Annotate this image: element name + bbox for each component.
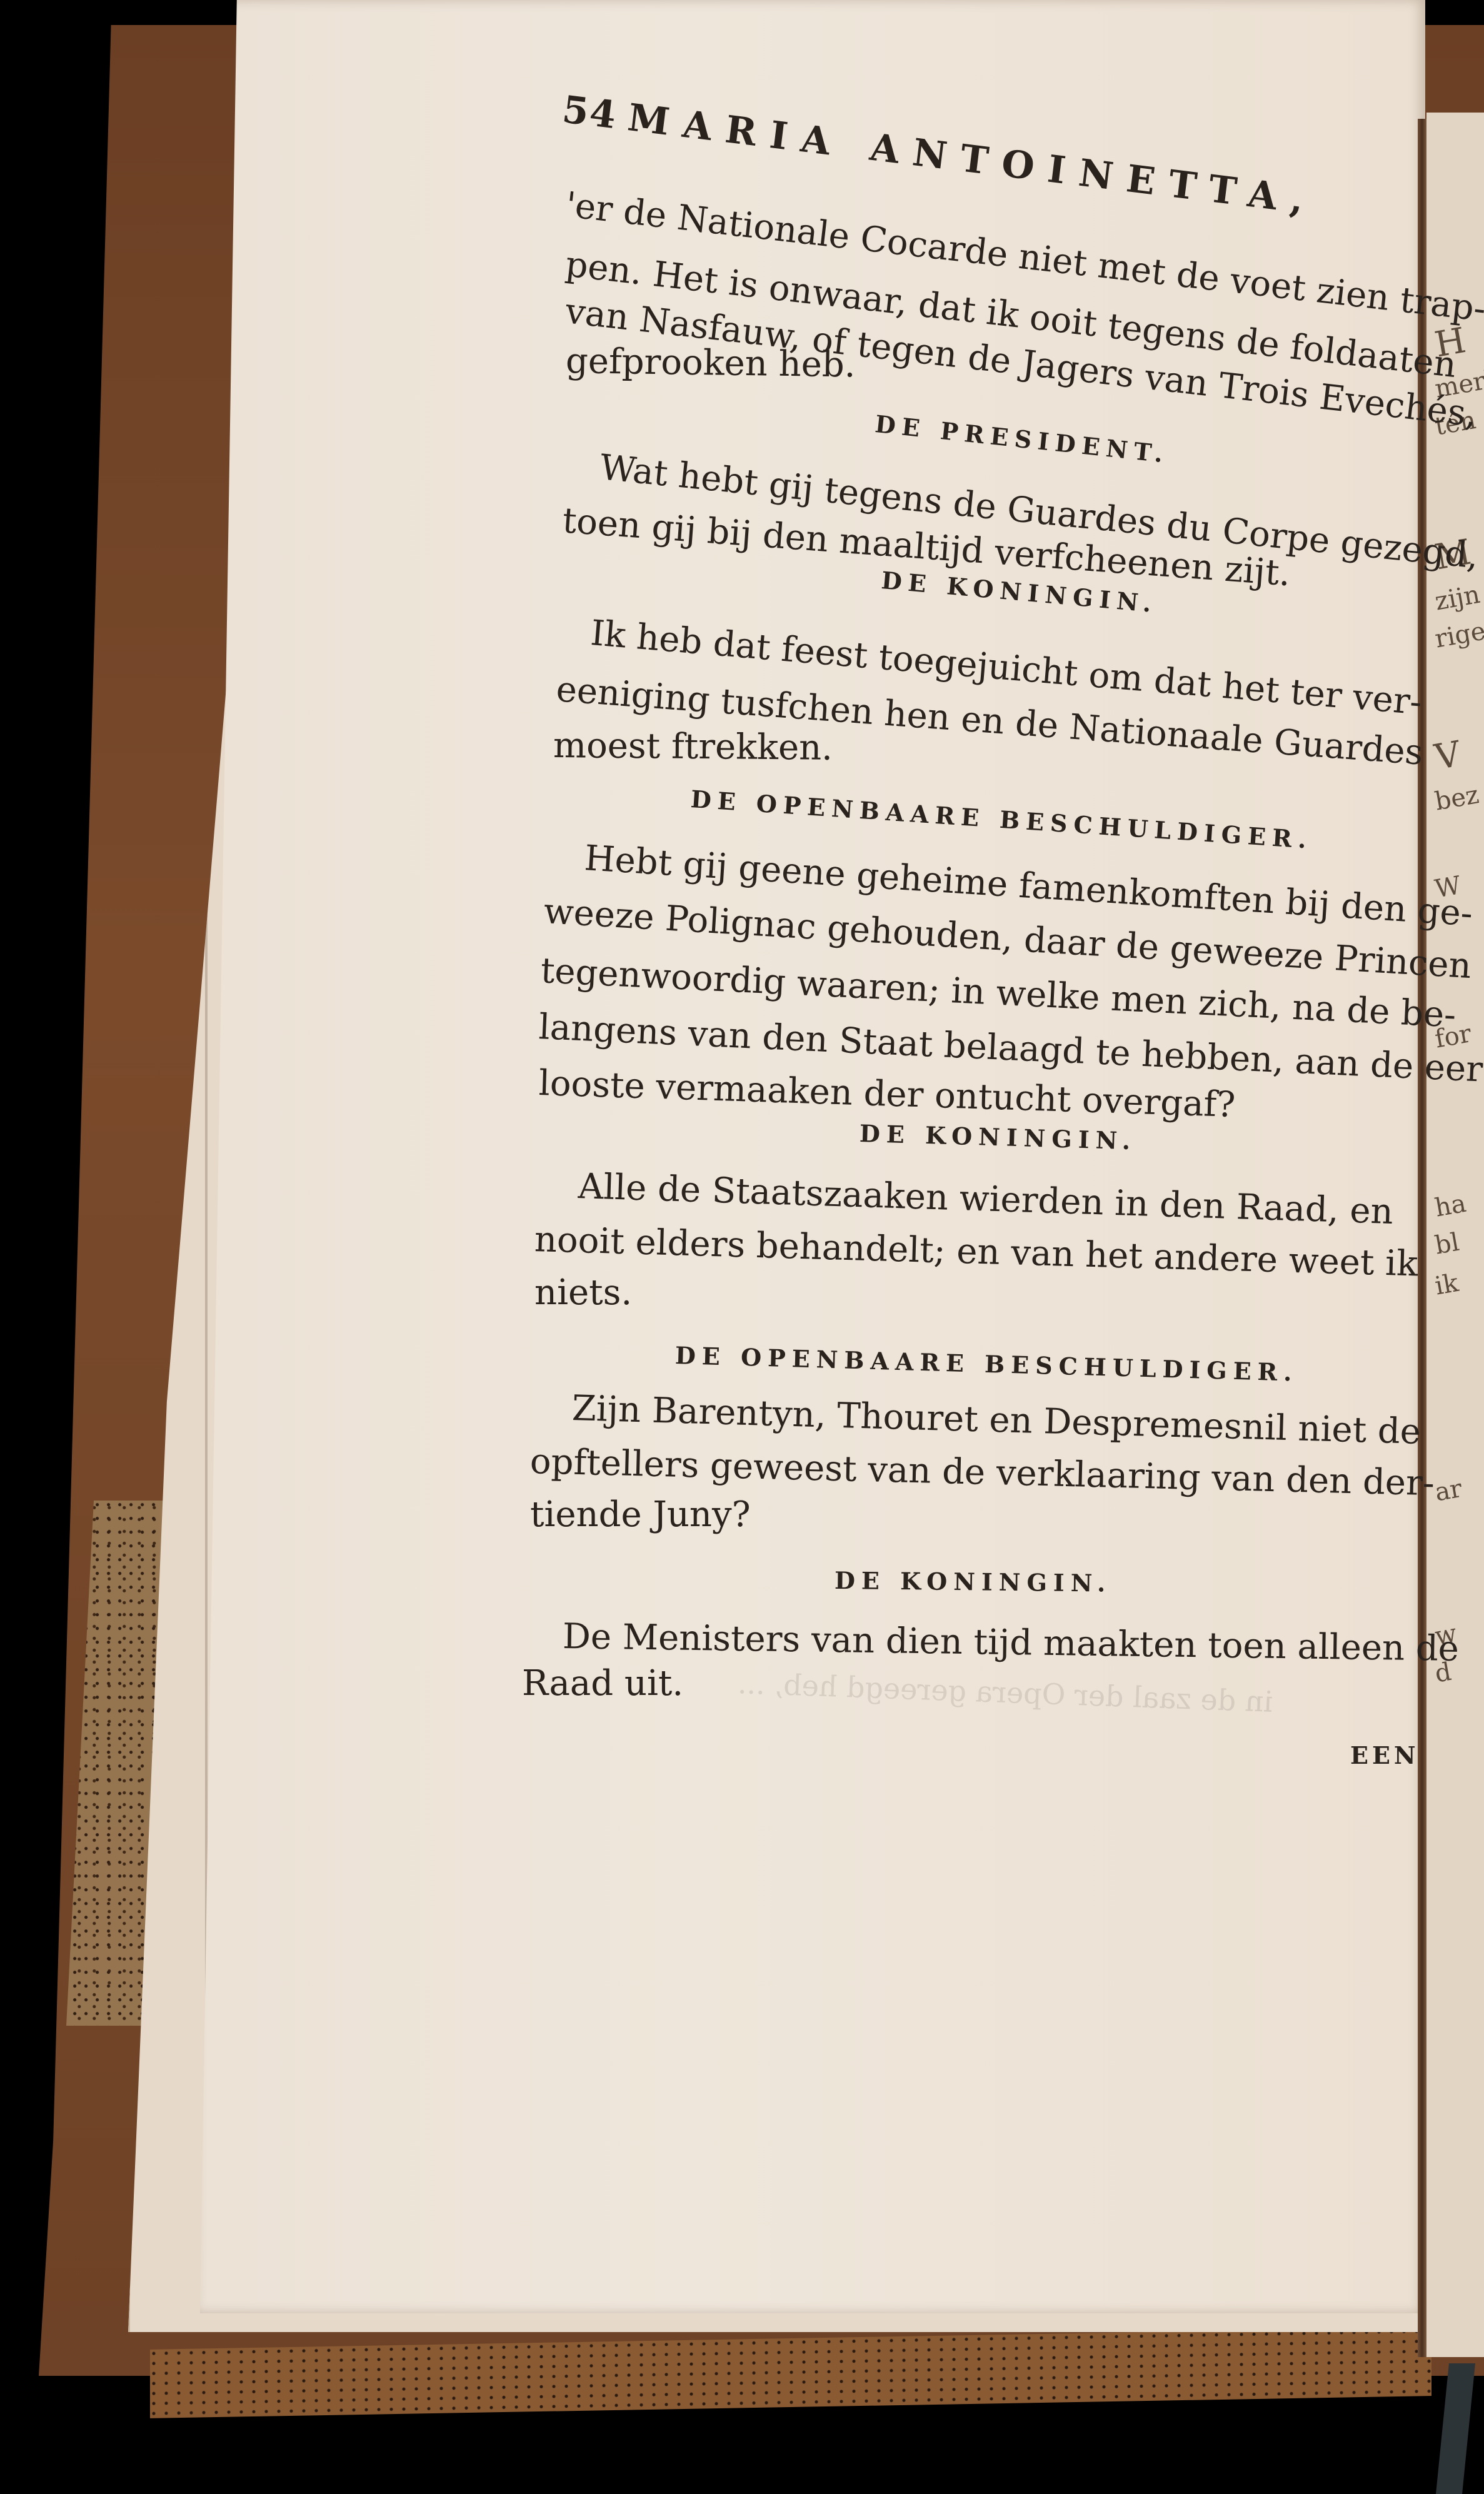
page-text: 54MARIA ANTOINETTA, in de zaal der Opera…	[0, 0, 1484, 2494]
text-line: gefprooken heb.	[566, 344, 856, 383]
speaker-heading: DE KONINGIN.	[859, 1119, 1136, 1155]
text-line: looste vermaaken der ontucht overgaf?	[538, 1066, 1236, 1123]
text-line: nooit elders behandelt; en van het ander…	[534, 1222, 1418, 1282]
text-line: Alle de Staatszaaken wierden in den Raad…	[578, 1169, 1393, 1230]
speaker-heading: DE OPENBAARE BESCHULDIGER.	[674, 1341, 1298, 1387]
text-line: moest ftrekken.	[553, 728, 833, 766]
page-number: 54	[560, 88, 619, 138]
speaker-heading: DE KONINGIN.	[835, 1566, 1112, 1597]
speaker-heading: DE PRESIDENT.	[874, 410, 1171, 468]
text-line: Zijn Barentyn, Thouret en Despremesnil n…	[571, 1391, 1421, 1450]
speaker-heading: DE OPENBAARE BESCHULDIGER.	[690, 785, 1314, 854]
catchword: EEN	[1350, 1741, 1420, 1769]
text-line: De Menisters van dien tijd maakten toen …	[563, 1619, 1460, 1667]
text-line: opftellers geweest van de verklaaring va…	[529, 1444, 1435, 1501]
show-through-text: in de zaal der Opera gereegd heb, ...	[737, 1666, 1273, 1719]
text-line: niets.	[534, 1275, 632, 1310]
text-line: tiende Juny?	[530, 1497, 751, 1532]
text-line: Raad uit.	[522, 1666, 683, 1701]
